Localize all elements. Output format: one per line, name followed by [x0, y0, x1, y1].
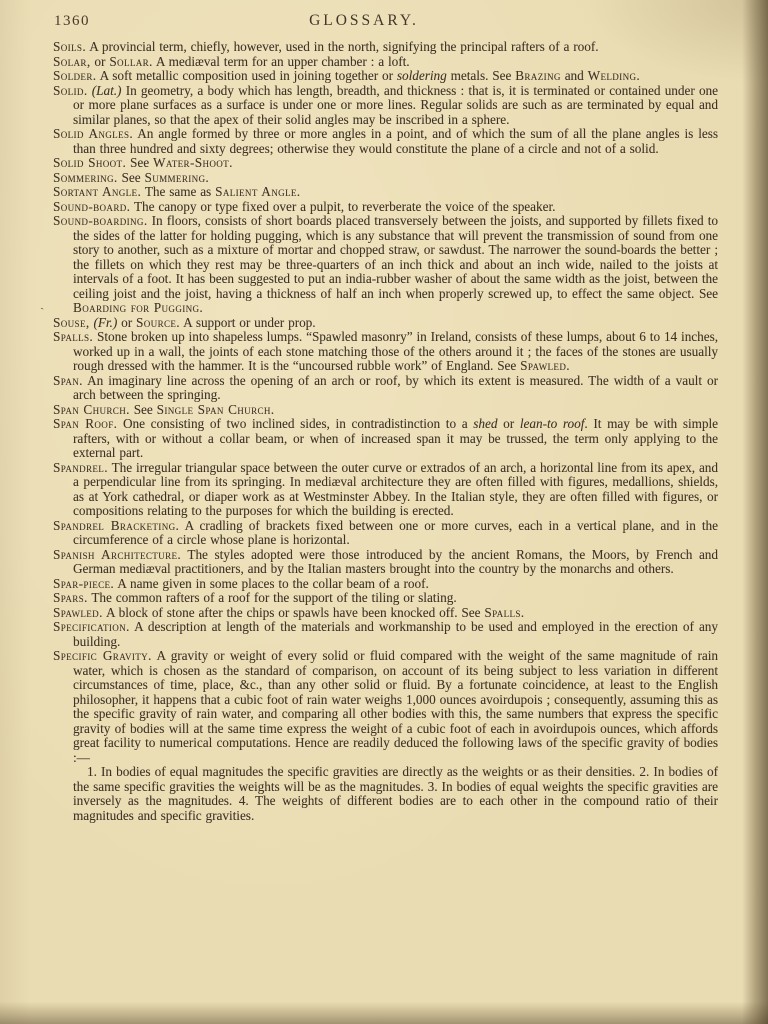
entry-text: Spalls. [484, 605, 524, 620]
entry-text: Spawled. [520, 358, 570, 373]
entry-term: Spawled. [53, 605, 103, 620]
entry-text: A description at length of the materials… [73, 619, 718, 649]
entry-text: A support or under prop. [180, 315, 316, 330]
entry-term: Span Roof. [53, 416, 117, 431]
entry-text: A gravity or weight of every solid or fl… [73, 648, 718, 765]
entry-text: A block of stone after the chips or spaw… [103, 605, 485, 620]
entry-term: Sound-boarding. [53, 213, 148, 228]
entry-text: Welding. [588, 68, 640, 83]
glossary-entry: Spars. The common rafters of a roof for … [53, 591, 718, 606]
entry-text: Boarding for Pugging. [73, 300, 203, 315]
entry-text: The same as [141, 184, 215, 199]
glossary-entry: Solder. A soft metallic composition used… [53, 69, 718, 84]
entry-text: In floors, consists of short boards plac… [73, 213, 718, 301]
entry-term: Soils. [53, 39, 86, 54]
entry-text: See [118, 170, 145, 185]
entry-text: The canopy or type fixed over a pulpit, … [130, 199, 555, 214]
entry-term: Souse, [53, 315, 90, 330]
entry-text: The irregular triangular space between t… [73, 460, 718, 519]
entry-term: Sound-board. [53, 199, 130, 214]
glossary-entry: Solar, or Sollar. A mediæval term for an… [53, 55, 718, 70]
entry-text: See [130, 402, 157, 417]
entry-term: Solid. [53, 83, 88, 98]
entry-term: Specific Gravity. [53, 648, 152, 663]
entry-term: Span Church. [53, 402, 130, 417]
glossary-entry: Solid Angles. An angle formed by three o… [53, 127, 718, 156]
entry-text: A soft metallic composition used in join… [96, 68, 396, 83]
entry-term: Solder. [53, 68, 96, 83]
entry-text: or [117, 315, 136, 330]
glossary-entry: Spalls. Stone broken up into shapeless l… [53, 330, 718, 374]
glossary-entry: Spandrel Bracketing. A cradling of brack… [53, 519, 718, 548]
entry-term: Solid Angles. [53, 126, 133, 141]
entry-term: Sommering. [53, 170, 118, 185]
entry-term: Solid Shoot. [53, 155, 126, 170]
entry-text: An imaginary line across the opening of … [73, 373, 718, 403]
entry-term: Spar-piece. [53, 576, 114, 591]
glossary-entry: Souse, (Fr.) or Source. A support or und… [53, 316, 718, 331]
entry-text: Single Span Church. [157, 402, 275, 417]
glossary-entry: Sound-boarding. In floors, consists of s… [53, 214, 718, 316]
glossary-entries: Soils. A provincial term, chiefly, howev… [53, 40, 718, 823]
entry-text: metals. See [447, 68, 515, 83]
entry-text: Water-Shoot. [153, 155, 233, 170]
entry-text: An angle formed by three or more angles … [73, 126, 718, 156]
entry-text: (Lat.) [88, 83, 122, 98]
glossary-entry: Spanish Architecture. The styles adopted… [53, 548, 718, 577]
entry-text: shed [473, 416, 497, 431]
entry-text: A name given in some places to the colla… [114, 576, 429, 591]
entry-text: Brazing [515, 68, 561, 83]
entry-text: Stone broken up into shapeless lumps. “S… [73, 329, 718, 373]
scan-artifact-mark: ` [39, 305, 46, 321]
entry-term: Spars. [53, 590, 88, 605]
glossary-entry-continuation: 1. In bodies of equal magnitudes the spe… [53, 765, 718, 823]
entry-text: Sollar. [109, 54, 152, 69]
glossary-entry: Specific Gravity. A gravity or weight of… [53, 649, 718, 765]
entry-text: 1. In bodies of equal magnitudes the spe… [73, 764, 718, 823]
entry-text: The common rafters of a roof for the sup… [88, 590, 457, 605]
entry-text: and [561, 68, 588, 83]
entry-text: or [91, 54, 110, 69]
entry-term: Spanish Architecture. [53, 547, 181, 562]
entry-text: A mediæval term for an upper chamber : a… [153, 54, 410, 69]
entry-text: Salient Angle. [215, 184, 300, 199]
glossary-entry: Spar-piece. A name given in some places … [53, 577, 718, 592]
entry-term: Solar, [53, 54, 91, 69]
entry-text: Source. [136, 315, 180, 330]
entry-text: In geometry, a body which has length, br… [73, 83, 718, 127]
entry-text: See [126, 155, 153, 170]
glossary-entry: Specification. A description at length o… [53, 620, 718, 649]
glossary-entry: Sound-board. The canopy or type fixed ov… [53, 200, 718, 215]
glossary-entry: Span Church. See Single Span Church. [53, 403, 718, 418]
glossary-entry: Sommering. See Summering. [53, 171, 718, 186]
glossary-entry: Spawled. A block of stone after the chip… [53, 606, 718, 621]
entry-text: or [497, 416, 519, 431]
running-head-title: GLOSSARY. [0, 12, 728, 30]
entry-text: One consisting of two inclined sides, in… [117, 416, 473, 431]
entry-term: Sortant Angle. [53, 184, 141, 199]
entry-term: Spandrel Bracketing. [53, 518, 179, 533]
glossary-entry: Solid. (Lat.) In geometry, a body which … [53, 84, 718, 128]
glossary-entry: Soils. A provincial term, chiefly, howev… [53, 40, 718, 55]
glossary-entry: Span Roof. One consisting of two incline… [53, 417, 718, 461]
entry-term: Spalls. [53, 329, 93, 344]
entry-text: soldering [397, 68, 447, 83]
entry-text: Summering. [144, 170, 209, 185]
entry-term: Span. [53, 373, 83, 388]
book-page: 1360 GLOSSARY. Soils. A provincial term,… [0, 0, 768, 1024]
glossary-entry: Spandrel. The irregular triangular space… [53, 461, 718, 519]
entry-text: lean-to roof [520, 416, 585, 431]
glossary-entry: Span. An imaginary line across the openi… [53, 374, 718, 403]
entry-text: (Fr.) [90, 315, 118, 330]
glossary-entry: Solid Shoot. See Water-Shoot. [53, 156, 718, 171]
entry-term: Spandrel. [53, 460, 108, 475]
entry-term: Specification. [53, 619, 130, 634]
entry-text: A provincial term, chiefly, however, use… [86, 39, 599, 54]
glossary-entry: Sortant Angle. The same as Salient Angle… [53, 185, 718, 200]
